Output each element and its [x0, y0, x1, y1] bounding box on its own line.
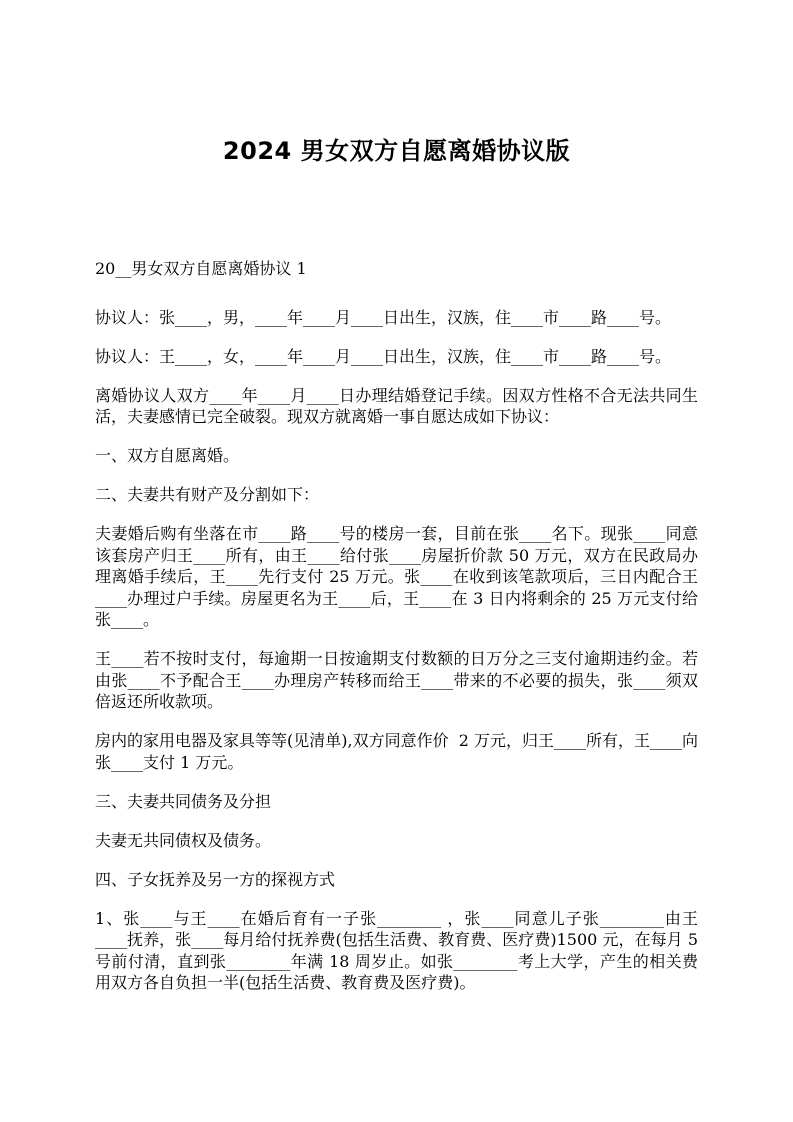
- house-property-paragraph: 夫妻婚后购有坐落在市____路____号的楼房一套，目前在张____名下。现张_…: [95, 523, 698, 631]
- document-page: 2024 男女双方自愿离婚协议版 20__男女双方自愿离婚协议 1 协议人：张_…: [0, 0, 793, 1122]
- late-payment-penalty-paragraph: 王____若不按时支付，每逾期一日按逾期支付数额的日万分之三支付逾期违约金。若由…: [95, 648, 698, 713]
- section-3-debts-heading: 三、夫妻共同债务及分担: [95, 791, 698, 813]
- appliances-furniture-paragraph: 房内的家用电器及家具等等(见清单),双方同意作价 2 万元，归王____所有，王…: [95, 730, 698, 773]
- document-title: 2024 男女双方自愿离婚协议版: [95, 136, 698, 166]
- section-4-custody-heading: 四、子女抚养及另一方的探视方式: [95, 869, 698, 891]
- section-2-property-heading: 二、夫妻共有财产及分割如下：: [95, 484, 698, 506]
- child-custody-paragraph: 1、张____与王____在婚后育有一子张________ ，张____同意儿子…: [95, 908, 698, 994]
- section-1-voluntary-divorce: 一、双方自愿离婚。: [95, 445, 698, 467]
- party-b-line: 协议人：王____，女，____年____月____日出生，汉族，住____市_…: [95, 346, 698, 368]
- document-subtitle: 20__男女双方自愿离婚协议 1: [95, 258, 698, 280]
- no-joint-debts-paragraph: 夫妻无共同债权及债务。: [95, 830, 698, 852]
- party-a-line: 协议人：张____，男，____年____月____日出生，汉族，住____市_…: [95, 307, 698, 329]
- marriage-registration-paragraph: 离婚协议人双方____年____月____日办理结婚登记手续。因双方性格不合无法…: [95, 385, 698, 428]
